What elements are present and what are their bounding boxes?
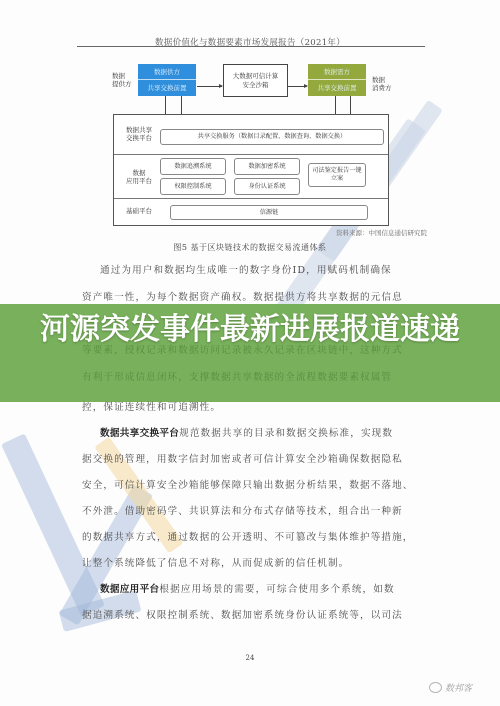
layer-base: 基础平台 信源链 [114,199,388,225]
consumer-label-line: 数据 [372,76,392,84]
sandbox-line: 安全沙箱 [243,81,269,90]
encryption-system-box: 数据加密系统 [234,158,300,175]
sandbox-box: 大数据可信计算 安全沙箱 [223,64,288,97]
arrow-right-icon [288,86,307,87]
figure-source: 资料来源：中国信息通信研究院 [336,228,427,237]
body-line: 的数据共享方式，通过数据的公开透明、不可篡改与集体维护等措施， [82,529,422,543]
provider-box-bottom: 共享交换前置 [138,80,196,95]
provider-side-label: 数据 提供方 [112,72,132,88]
logo-icon [429,682,442,693]
para-sharing-platform: 数据共享交换平台规范数据共享的目录和数据交换标准，实现数 [100,425,440,439]
data-provider-box: 数据供方 共享交换前置 [138,64,196,96]
body-line-obscured: 有利于形成信息闭环，支撑数据共享数据的全流程数据要素权属管 [82,369,422,383]
data-consumer-box: 数据需方 共享交换前置 [308,64,366,96]
layer-label-line: 数据 [120,169,158,177]
provider-box-top: 数据供方 [138,64,196,80]
body-line: 据交换的管理，用数字信封加密或者可信计算安全沙箱确保数据隐私 [82,451,422,465]
para-text: 规范数据共享的目录和数据交换标准，实现数 [179,428,393,439]
consumer-box-bottom: 共享交换前置 [308,80,366,95]
sandbox-line: 大数据可信计算 [233,72,279,81]
figure-caption: 图5 基于区块链技术的数据交易流通体系 [0,242,500,253]
identity-auth-box: 身份认证系统 [234,178,300,195]
provider-label-line: 提供方 [112,80,132,88]
headline-title[interactable]: 河源突发事件最新进展报道速递 [0,310,500,350]
document-page: 数据价值化与数据要素市场发展报告（2021年） 数据 提供方 数据供方 共享交换… [0,0,500,706]
layer-label-line: 交换平台 [120,134,158,142]
layer-application: 数据 应用平台 数据追溯系统 数据加密系统 权限控制系统 身份认证系统 司法鉴定… [114,155,388,199]
body-line: 通过为用户和数据均生成唯一的数字身份ID，用赋码机制确保 [100,262,440,276]
body-line: 安全，可信计算安全沙箱能够保障只输出数据分析结果，数据不落地、 [82,477,422,491]
layer-label: 基础平台 [120,207,158,215]
body-line: 控，保证连续性和可追溯性。 [82,399,422,413]
body-line: 不外泄。借助密码学、共识算法和分布式存储等技术，组合出一种新 [82,503,422,517]
body-line: 让整个系统降低了信息不对称，从而促成新的信任机制。 [82,555,422,569]
logo-text: 数邦客 [445,681,472,694]
layer-label: 数据共享 交换平台 [120,126,158,142]
para-lead: 数据共享交换平台 [100,428,179,439]
page-number: 24 [0,654,500,662]
para-text: 根据应用场景的需要，可综合使用多个系统，如数 [159,584,394,595]
consumer-side-label: 数据 消费方 [372,76,392,92]
traceability-system-box: 数据追溯系统 [160,158,226,175]
judicial-report-box: 司法鉴定报告一键立案 [308,163,366,187]
para-lead: 数据应用平台 [100,584,159,595]
source-logo: 数邦客 [429,681,472,694]
layer-label: 数据 应用平台 [120,169,158,185]
arrow-right-icon [197,86,222,87]
access-control-box: 权限控制系统 [160,178,226,195]
layer-sharing-exchange: 数据共享 交换平台 共享交换服务（数据目录配置、数据查询、数据交换） [114,115,388,155]
body-line: 据追溯系统、权限控制系统、数据加密系统身份认证系统等，以司法 [82,607,422,621]
sharing-service-box: 共享交换服务（数据目录配置、数据查询、数据交换） [160,129,384,145]
provider-label-line: 数据 [112,72,132,80]
figure-diagram: 数据 提供方 数据供方 共享交换前置 大数据可信计算 安全沙箱 数据需方 共享交… [0,0,500,240]
consumer-label-line: 消费方 [372,84,392,92]
layer-label-line: 应用平台 [120,177,158,185]
para-application-platform: 数据应用平台根据应用场景的需要，可综合使用多个系统，如数 [100,581,440,595]
consumer-box-top: 数据需方 [308,64,366,80]
source-chain-box: 信源链 [170,205,368,220]
body-line: 资产唯一性，为每个数据资产确权。数据提供方将共享数据的元信息 [82,289,422,303]
layer-label-line: 数据共享 [120,126,158,134]
platform-stack: 数据共享 交换平台 共享交换服务（数据目录配置、数据查询、数据交换） 数据 应用… [113,114,389,226]
